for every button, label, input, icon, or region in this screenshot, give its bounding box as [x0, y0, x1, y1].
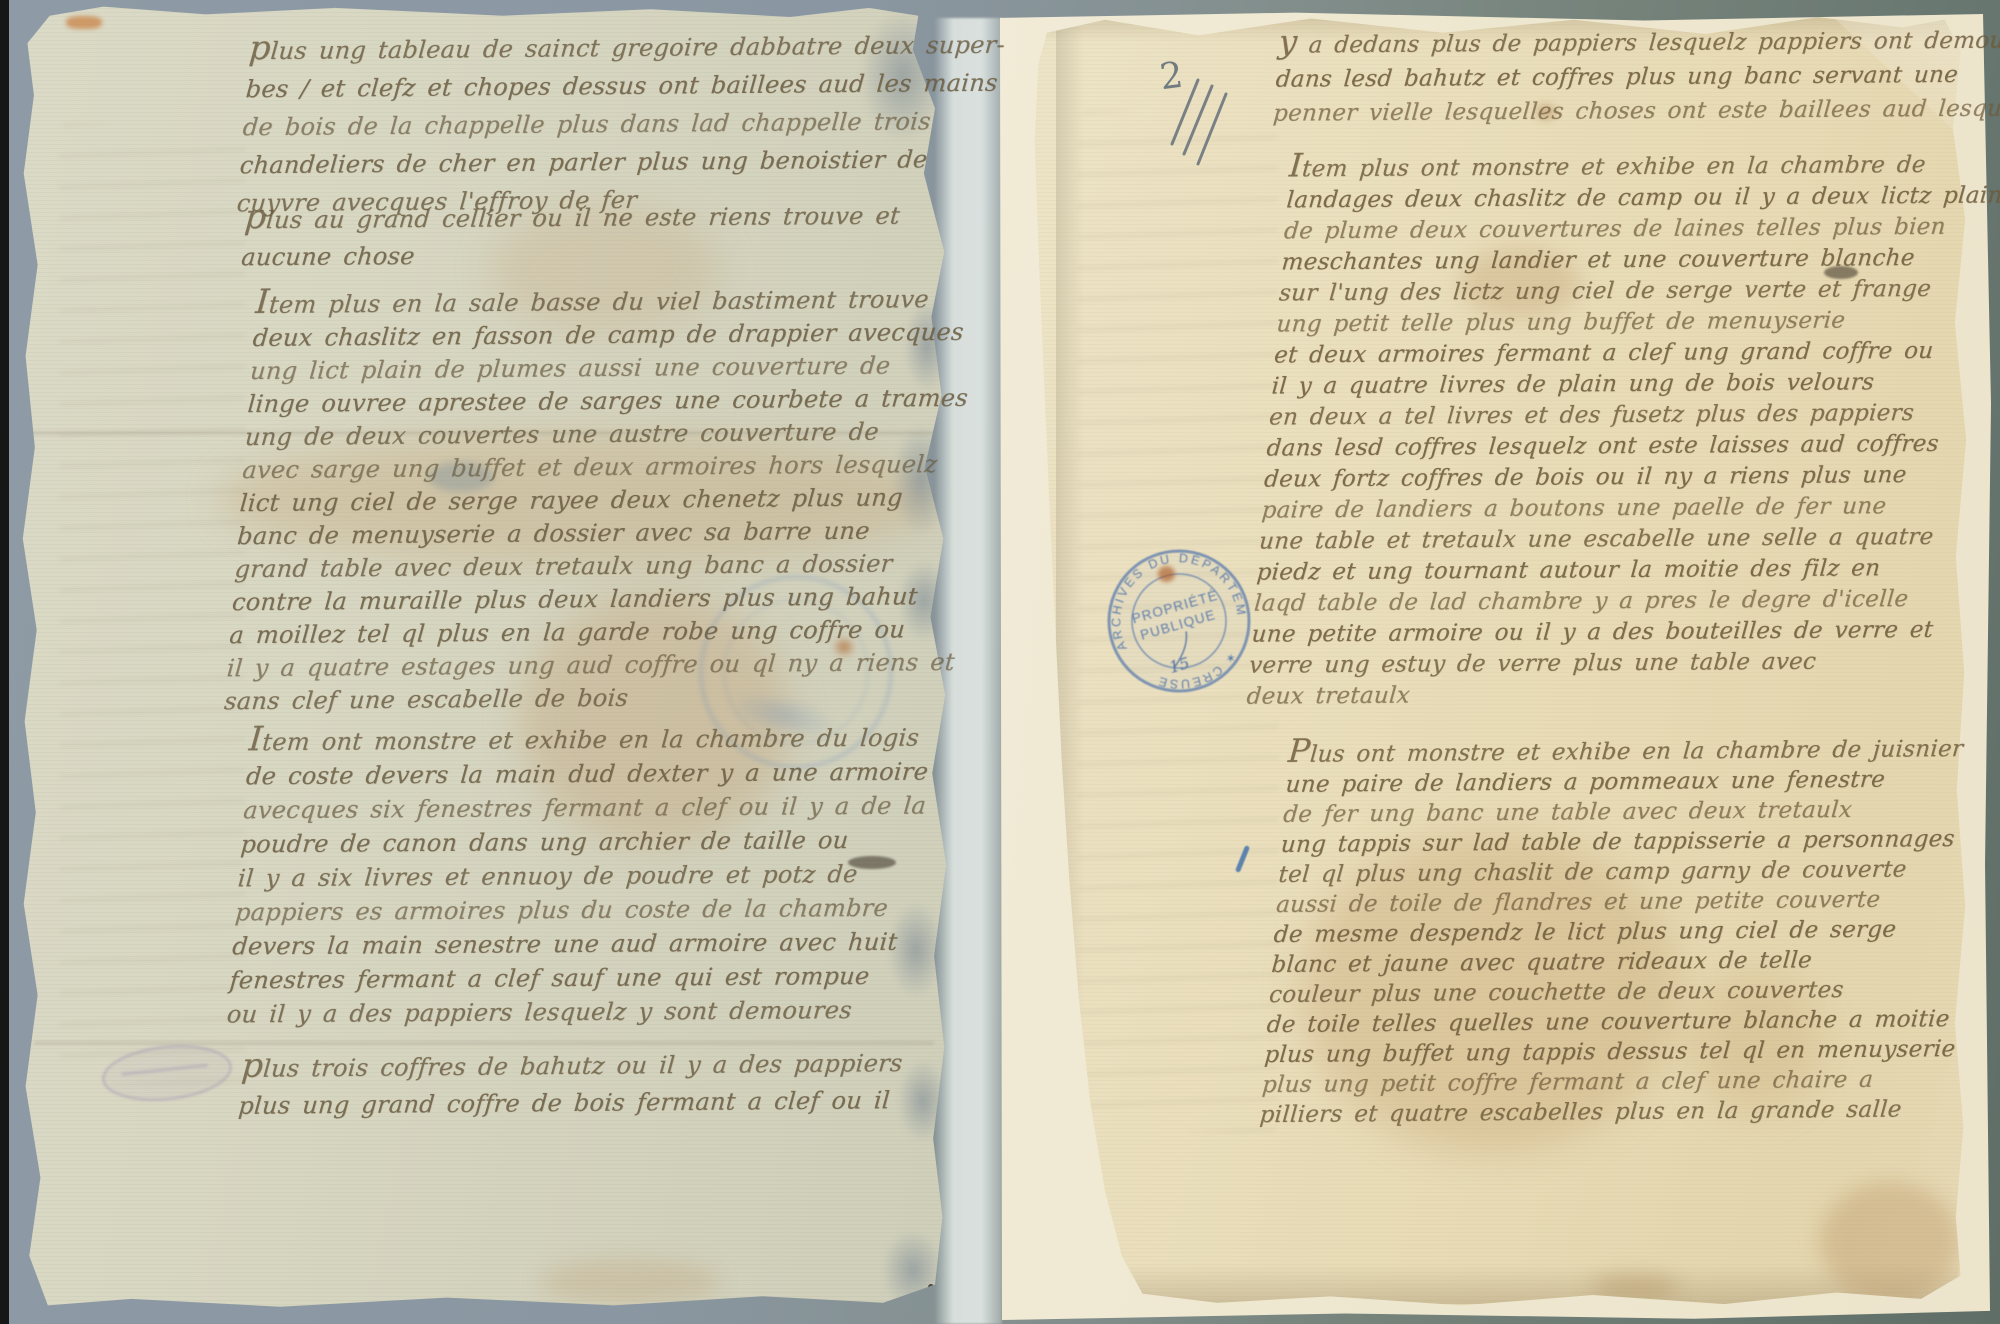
manuscript-line: penner vielle lesquelles choses ont este…	[1272, 91, 2000, 130]
manuscript-scan: plus ung tableau de sainct gregoire dabb…	[0, 0, 2000, 1324]
manuscript-line: fenestres fermant a clef sauf une qui es…	[228, 959, 914, 998]
manuscript-line: meschantes ung landier et une couverture…	[1280, 242, 2000, 278]
manuscript-line: ung petit telle plus ung buffet de menuy…	[1275, 304, 2000, 340]
manuscript-line: dans lesd coffres lesquelz ont este lais…	[1265, 428, 1996, 464]
manuscript-line: y a dedans plus de pappiers lesquelz pap…	[1277, 19, 2000, 62]
manuscript-line: devers la main senestre une aud armoire …	[231, 925, 917, 964]
manuscript-line: sans clef une escabelle de bois	[223, 679, 954, 718]
stain	[540, 1259, 720, 1304]
manuscript-line: de bois de la chappelle plus dans lad ch…	[241, 102, 1000, 147]
manuscript-line: une petite armoire ou il y a des bouteil…	[1250, 615, 1981, 651]
bleed-through-text	[60, 124, 245, 1084]
manuscript-line: plus ung tableau de sainct gregoire dabb…	[247, 23, 1006, 71]
manuscript-line: de coste devers la main dud dexter y a u…	[245, 755, 931, 794]
manuscript-line: deux tretaulx	[1245, 677, 1976, 713]
manuscript-line: plus trois coffres de bahutz ou il y a d…	[240, 1041, 904, 1088]
purple-stamp-text-trace	[122, 1064, 208, 1076]
rust-mark	[66, 16, 102, 29]
right-paragraph-1: y a dedans plus de pappiers lesquelz pap…	[1272, 19, 2000, 130]
manuscript-line: pilliers et quatre escabelles plus en la…	[1258, 1094, 1951, 1130]
manuscript-line: landages deux chaslitz de camp ou il y a…	[1285, 180, 2000, 216]
manuscript-line: chandeliers de cher en parler plus ung b…	[238, 140, 997, 185]
left-paragraph-5: plus trois coffres de bahutz ou il y a d…	[237, 1041, 904, 1125]
left-paragraph-1: plus ung tableau de sainct gregoire dabb…	[235, 23, 1006, 223]
manuscript-line: plus au grand cellier ou il ne este rien…	[243, 194, 902, 240]
left-paragraph-4: Item ont monstre et exhibe en la chambre…	[226, 718, 934, 1032]
manuscript-line: pappiers es armoires plus du coste de la…	[234, 891, 920, 930]
ink-blot	[848, 856, 896, 869]
manuscript-line: une table et tretaulx une escabelle une …	[1258, 522, 1989, 558]
manuscript-line: avec sarge ung buffet et deux armoires h…	[241, 448, 972, 487]
manuscript-line: verre ung estuy de verre plus une table …	[1248, 646, 1979, 682]
left-paragraph-2: plus au grand cellier ou il ne este rien…	[240, 194, 902, 277]
manuscript-line: grand table avec deux tretaulx ung banc …	[233, 547, 964, 586]
manuscript-line: Item plus ont monstre et exhibe en la ch…	[1288, 145, 2000, 185]
manuscript-line: Item plus en la sale basse du viel basti…	[254, 279, 985, 322]
left-paragraph-3: Item plus en la sale basse du viel basti…	[223, 279, 985, 719]
manuscript-line: laqd table de lad chambre y a pres le de…	[1253, 584, 1984, 620]
ink-blot	[1824, 266, 1858, 279]
manuscript-line: deux fortz coffres de bois ou il ny a ri…	[1263, 459, 1994, 495]
manuscript-line: Plus ont monstre et exhibe en la chambre…	[1287, 730, 1981, 770]
right-paragraph-3: Plus ont monstre et exhibe en la chambre…	[1258, 730, 1980, 1130]
manuscript-line: plus ung grand coffre de bois fermant a …	[237, 1082, 901, 1125]
manuscript-line: il y a quatre livres de plain ung de boi…	[1270, 366, 2000, 402]
manuscript-line: paire de landiers a boutons une paelle d…	[1260, 490, 1991, 526]
manuscript-line: couleur plus une couchette de deux couve…	[1268, 974, 1961, 1010]
tally-marks-icon	[1168, 76, 1248, 171]
manuscript-line: ung lict plain de plumes aussi une couve…	[249, 349, 980, 388]
manuscript-line: de plume deux couvertures de laines tell…	[1283, 211, 2000, 247]
manuscript-line: sur l'ung des lictz ung ciel de serge ve…	[1278, 273, 2000, 309]
manuscript-line: en deux a tel livres et des fusetz plus …	[1268, 397, 1999, 433]
manuscript-line: poudre de canon dans ung archier de tail…	[239, 823, 925, 862]
scanner-edge-strip	[0, 0, 9, 1324]
manuscript-line: piedz et ung tournant autour la moitie d…	[1255, 553, 1986, 589]
right-paragraph-2: Item plus ont monstre et exhibe en la ch…	[1245, 145, 2000, 712]
manuscript-line: dans lesd bahutz et coffres plus ung ban…	[1274, 57, 2000, 96]
manuscript-line: aussi de toile de flandres et une petite…	[1275, 884, 1968, 920]
manuscript-line: avecques six fenestres fermant a clef ou…	[242, 789, 928, 828]
manuscript-line: aucune chose	[240, 235, 899, 277]
manuscript-line: ou il y a des pappiers lesquelz y sont d…	[226, 993, 912, 1032]
manuscript-line: Item ont monstre et exhibe en la chambre…	[247, 718, 933, 760]
manuscript-line: il y a six livres et ennuoy de poudre et…	[237, 857, 923, 896]
manuscript-line: et deux armoires fermant a clef ung gran…	[1273, 335, 2000, 371]
manuscript-line: bes / et clefz et chopes dessus ont bail…	[244, 64, 1003, 109]
manuscript-line: de mesme despendz le lict plus ung ciel …	[1273, 914, 1966, 950]
manuscript-line: de fer ung banc une table avec deux tret…	[1282, 794, 1975, 830]
